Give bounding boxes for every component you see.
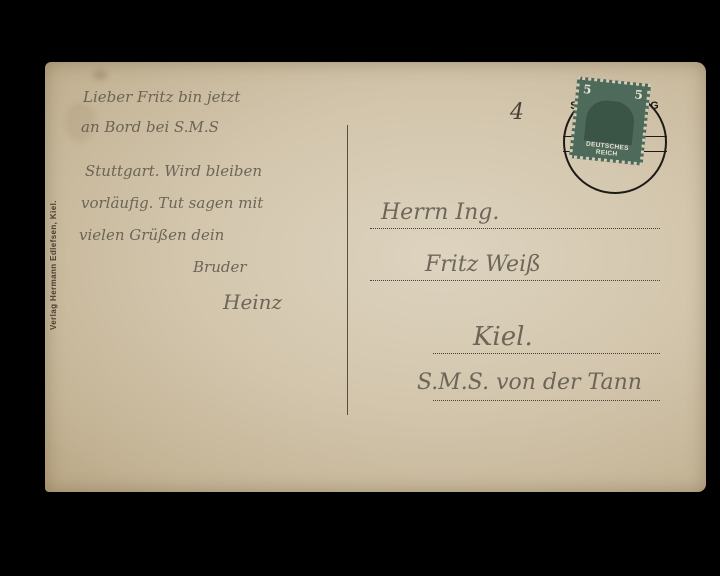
stamp-value: 5 [634, 87, 644, 102]
number-mark: 4 [510, 100, 524, 125]
message-line: Stuttgart. Wird bleiben [85, 162, 262, 180]
message-line: vorläufig. Tut sagen mit [81, 194, 263, 212]
address-line-4: S.M.S. von der Tann [417, 370, 642, 395]
address-line-3: Kiel. [473, 322, 533, 352]
address-line [370, 280, 660, 281]
postage-stamp: 5 5 DEUTSCHES REICH [569, 76, 651, 165]
address-line [433, 353, 660, 354]
publisher-imprint: Verlag Hermann Edlefsen, Kiel. [49, 200, 58, 330]
message-line: Lieber Fritz bin jetzt [83, 88, 240, 106]
address-line-1: Herrn Ing. [381, 200, 499, 225]
germania-icon [584, 99, 636, 146]
message-line: vielen Grüßen dein [79, 226, 224, 244]
postcard: Verlag Hermann Edlefsen, Kiel. Lieber Fr… [45, 62, 706, 492]
message-line: an Bord bei S.M.S [81, 118, 219, 136]
stamp-value: 5 [582, 82, 592, 97]
signature: Heinz [223, 290, 282, 314]
stain [93, 70, 107, 80]
message-line: Bruder [193, 258, 247, 276]
address-line-2: Fritz Weiß [425, 252, 541, 277]
address-line [370, 228, 660, 229]
divider-line [347, 125, 348, 415]
address-line [433, 400, 660, 401]
